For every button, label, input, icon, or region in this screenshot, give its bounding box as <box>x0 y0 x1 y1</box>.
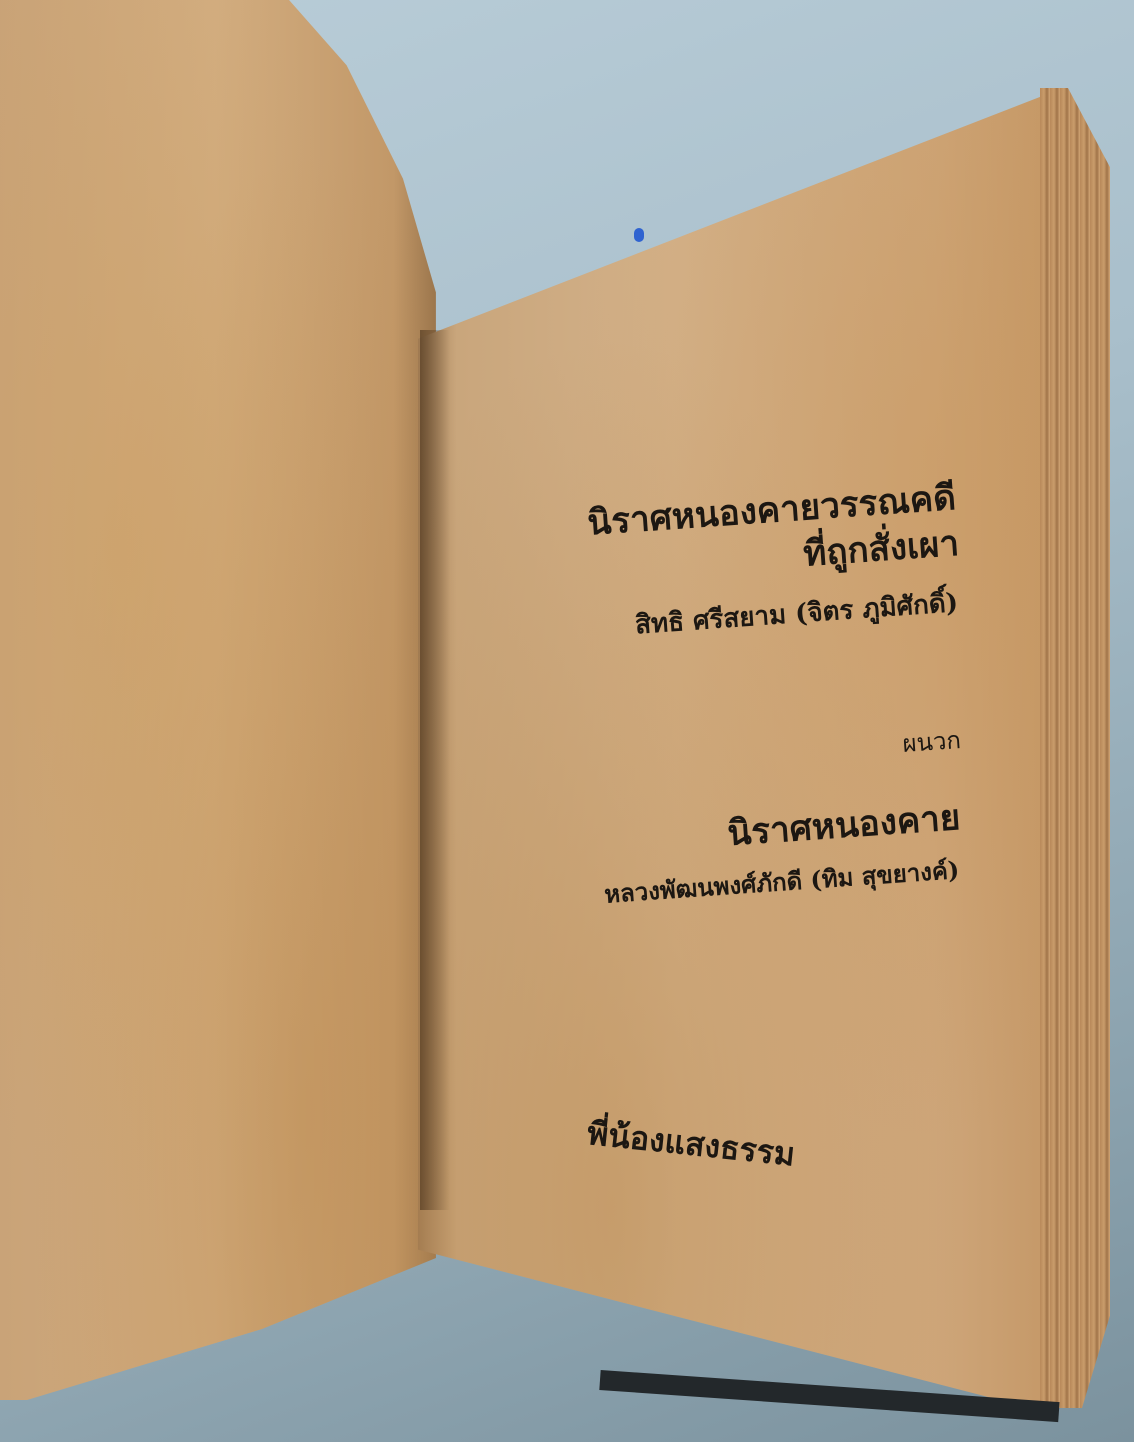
book-photo: นิราศหนองคายวรรณคดี ที่ถูกสั่งเผา สิทธิ … <box>0 0 1134 1442</box>
page-edges <box>1040 88 1110 1408</box>
left-page-blank <box>0 0 450 1400</box>
blue-ribbon-bookmark <box>634 228 644 242</box>
right-page-title <box>418 88 1063 1408</box>
spine-gutter <box>420 330 450 1210</box>
appendix-label: ผนวก <box>901 720 962 763</box>
